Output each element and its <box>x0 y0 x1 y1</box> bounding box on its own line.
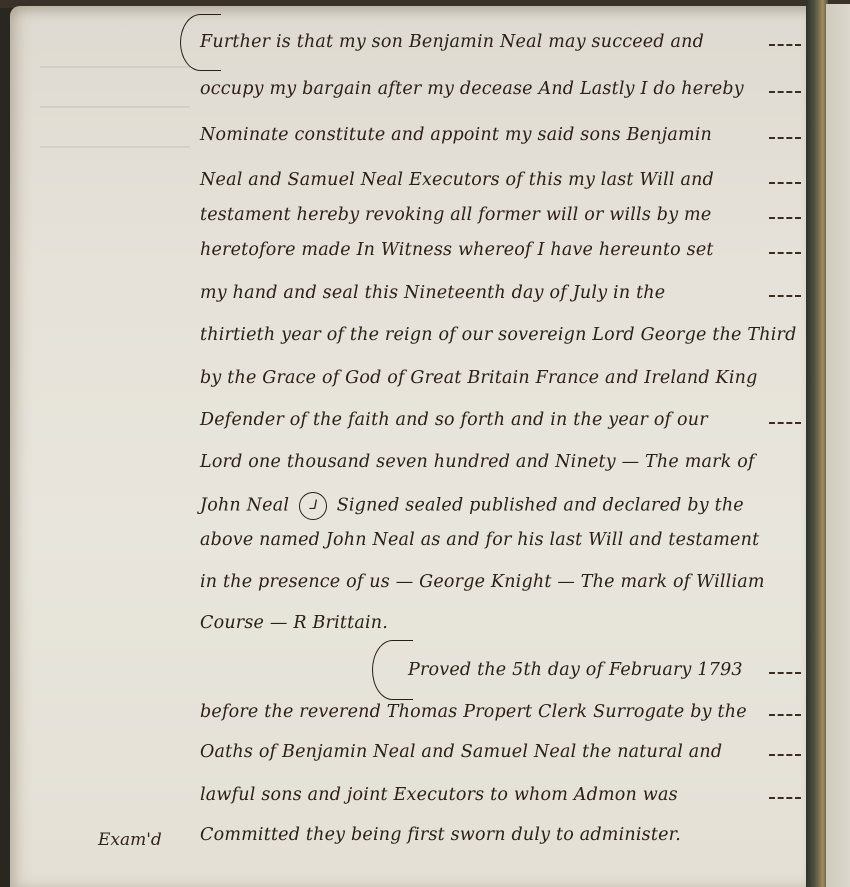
attestation-clause: Signed sealed published and declared by … <box>337 496 744 516</box>
text-line-15: Course — R Brittain. <box>200 613 805 633</box>
text-line-10: Defender of the faith and so forth and i… <box>200 410 805 430</box>
testator-mark-seal: ⅃ <box>299 492 327 520</box>
probate-line-2: before the reverend Thomas Propert Clerk… <box>200 702 805 722</box>
text-line-7: my hand and seal this Nineteenth day of … <box>200 283 805 303</box>
probate-line-3: Oaths of Benjamin Neal and Samuel Neal t… <box>200 742 805 762</box>
book-spine <box>806 0 828 887</box>
text-line-4: Neal and Samuel Neal Executors of this m… <box>200 170 805 190</box>
adjacent-page-edge <box>826 4 850 887</box>
text-line-9: by the Grace of God of Great Britain Fra… <box>200 368 805 388</box>
testator-name: John Neal <box>200 496 289 516</box>
text-line-6: heretofore made In Witness whereof I hav… <box>200 240 805 260</box>
margin-note-examined: Exam'd <box>98 830 162 850</box>
text-line-12: John Neal ⅃ Signed sealed published and … <box>200 492 805 520</box>
text-line-13: above named John Neal as and for his las… <box>200 530 805 550</box>
text-line-2: occupy my bargain after my decease And L… <box>200 79 805 99</box>
text-line-3: Nominate constitute and appoint my said … <box>200 125 805 145</box>
bleed-through <box>40 106 190 108</box>
text-line-11: Lord one thousand seven hundred and Nine… <box>200 452 805 472</box>
probate-flourish <box>372 640 413 700</box>
bleed-through <box>40 66 190 68</box>
text-line-14: in the presence of us — George Knight — … <box>200 572 805 592</box>
probate-line-5: Committed they being first sworn duly to… <box>200 825 805 845</box>
probate-line-1: Proved the 5th day of February 1793 <box>408 660 805 680</box>
text-line-8: thirtieth year of the reign of our sover… <box>200 325 805 345</box>
text-line-1: Further is that my son Benjamin Neal may… <box>200 32 805 52</box>
bleed-through <box>40 146 190 148</box>
text-line-5: testament hereby revoking all former wil… <box>200 205 805 225</box>
probate-line-4: lawful sons and joint Executors to whom … <box>200 785 805 805</box>
